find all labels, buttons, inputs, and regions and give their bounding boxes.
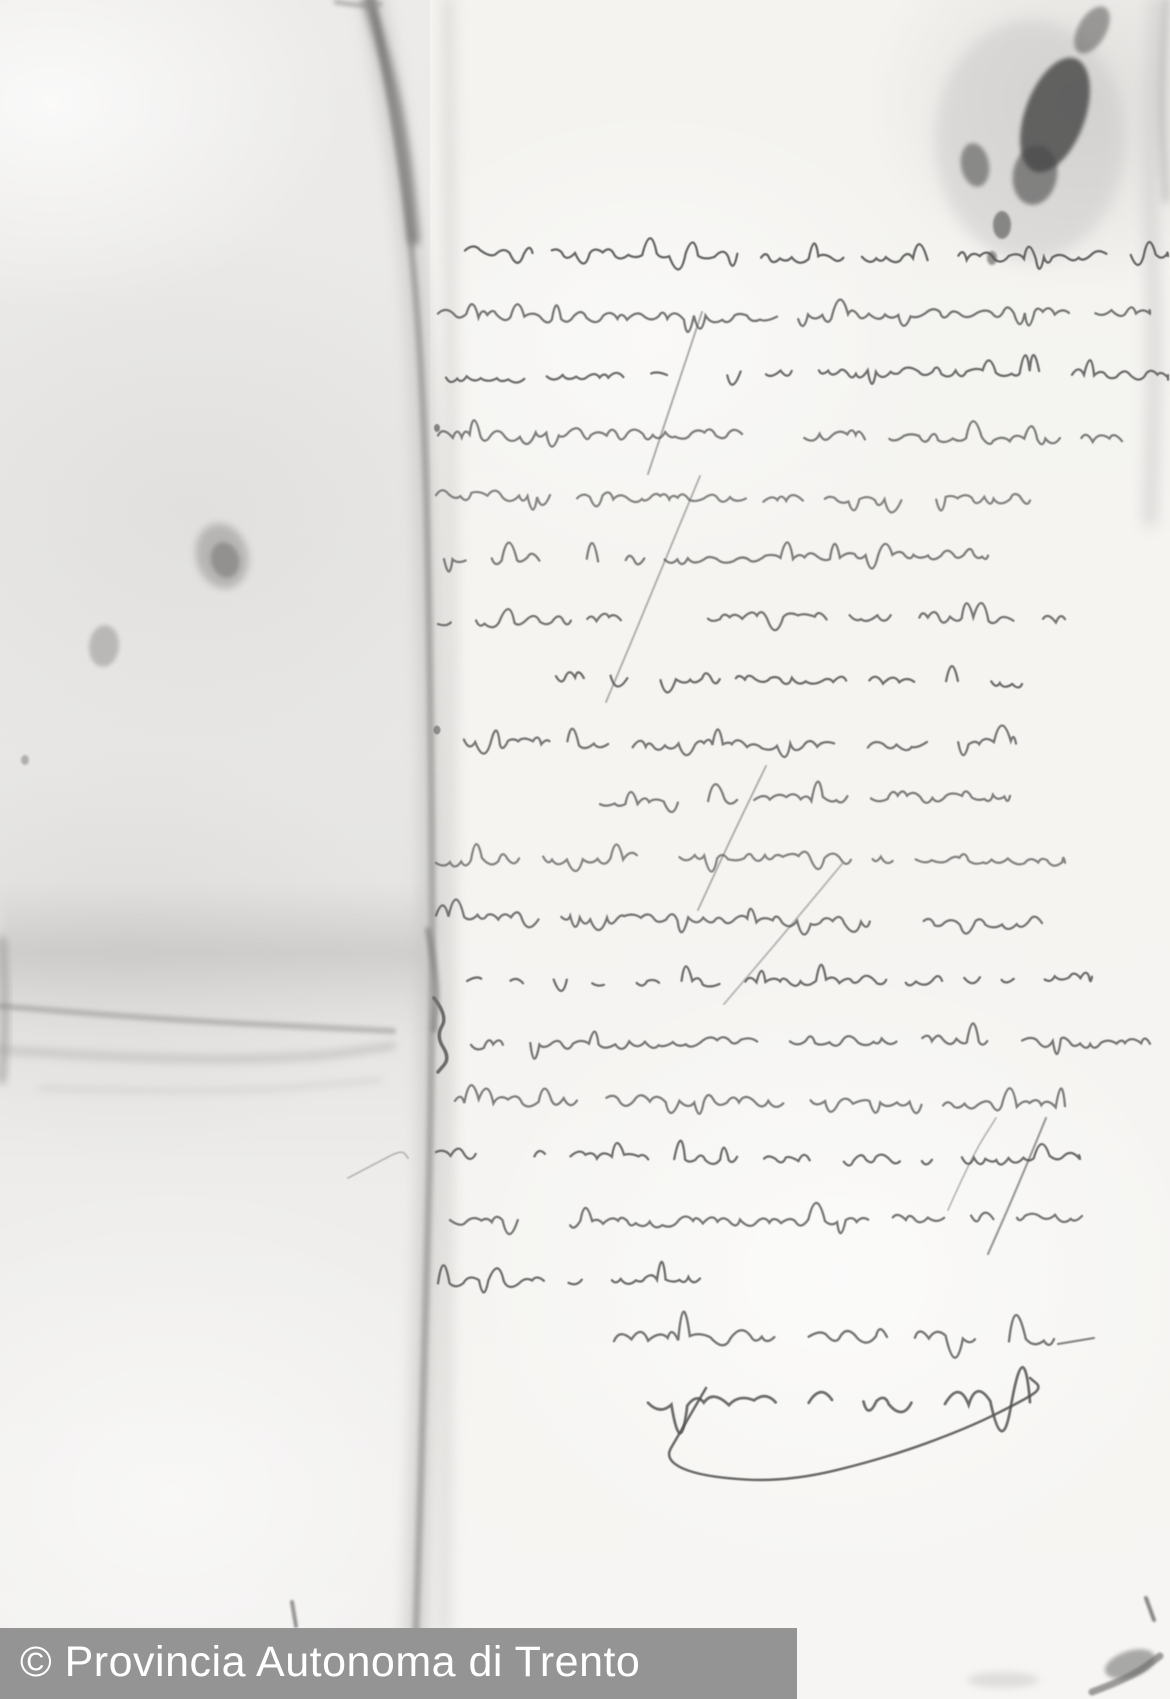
manuscript-scan: © Provincia Autonoma di Trento	[0, 0, 1170, 1699]
copyright-watermark-bar: © Provincia Autonoma di Trento	[0, 1628, 797, 1699]
handwriting-layer	[0, 0, 1170, 1699]
copyright-watermark-text: © Provincia Autonoma di Trento	[0, 1638, 640, 1690]
